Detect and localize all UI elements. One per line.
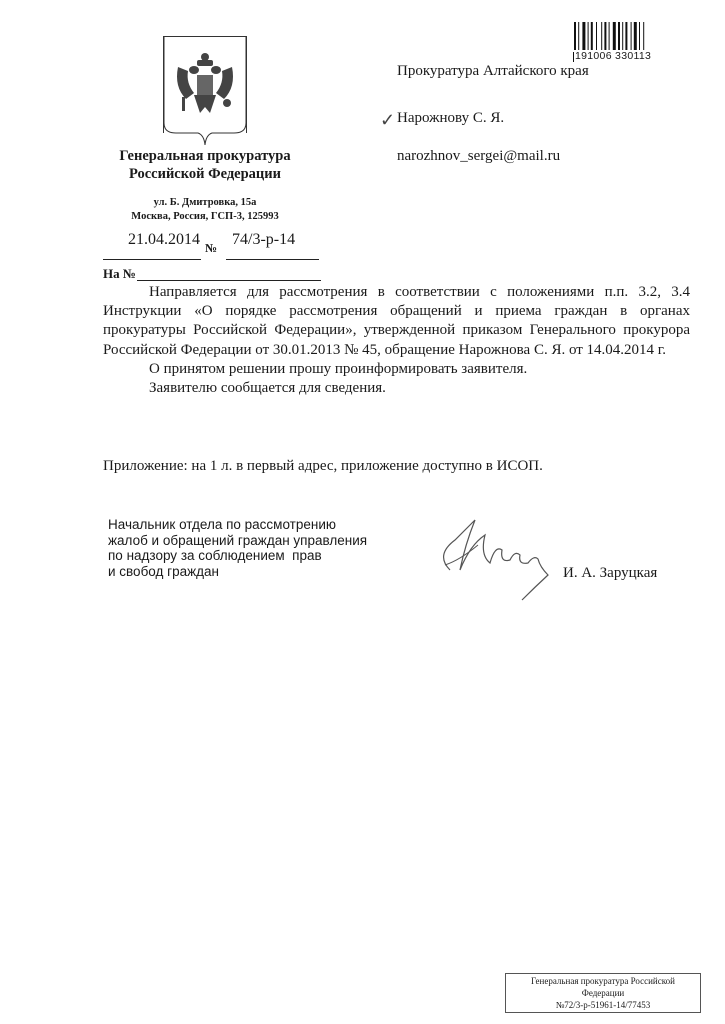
double-headed-eagle-icon	[164, 37, 246, 147]
sender-organization-name: Генеральная прокуратура Российской Федер…	[100, 147, 310, 183]
attachment-note: Приложение: на 1 л. в первый адрес, прил…	[103, 458, 543, 475]
registration-date: 21.04.2014	[128, 231, 200, 249]
org-name-line-1: Генеральная прокуратура	[100, 147, 310, 165]
number-sign: №	[205, 241, 217, 256]
reply-to-label: На №	[103, 266, 136, 282]
body-paragraph-2: О принятом решении прошу проинформироват…	[103, 360, 690, 379]
body-paragraph-1: Направляется для рассмотрения в соответс…	[103, 283, 690, 360]
signer-name: И. А. Заруцкая	[563, 565, 657, 582]
org-name-line-2: Российской Федерации	[100, 165, 310, 183]
address-line-1: ул. Б. Дмитровка, 15а	[100, 196, 310, 210]
address-line-2: Москва, Россия, ГСП-3, 125993	[100, 210, 310, 224]
handwritten-signature-icon	[430, 515, 560, 605]
recipient-organization: Прокуратура Алтайского края	[397, 63, 589, 80]
signer-title-line-1: Начальник отдела по рассмотрению	[108, 517, 367, 533]
check-mark-icon: ✓	[380, 110, 395, 131]
signer-title-line-3: по надзору за соблюдением прав	[108, 548, 367, 564]
reply-to-underline	[137, 280, 321, 281]
registration-number: 74/3-р-14	[232, 231, 295, 249]
reg-number-underline	[226, 259, 319, 260]
signer-title-line-4: и свобод граждан	[108, 564, 367, 580]
barcode-number: 191006 330113	[574, 50, 652, 62]
recipient-email: narozhnov_sergei@mail.ru	[397, 148, 560, 165]
stamp-line-3: №72/3-р-51961-14/77453	[506, 999, 700, 1011]
coat-of-arms-emblem	[163, 36, 247, 133]
sender-address: ул. Б. Дмитровка, 15а Москва, Россия, ГС…	[100, 196, 310, 224]
signer-title: Начальник отдела по рассмотрению жалоб и…	[108, 517, 367, 579]
recipient-person: Нарожнову С. Я.	[397, 110, 504, 127]
signer-title-line-2: жалоб и обращений граждан управления	[108, 533, 367, 549]
registration-stamp: Генеральная прокуратура Российской Федер…	[505, 973, 701, 1013]
stamp-line-2: Федерации	[506, 987, 700, 999]
letter-body: Направляется для рассмотрения в соответс…	[103, 283, 690, 398]
reg-date-underline	[103, 259, 201, 260]
body-paragraph-3: Заявителю сообщается для сведения.	[103, 379, 690, 398]
stamp-line-1: Генеральная прокуратура Российской	[506, 975, 700, 987]
